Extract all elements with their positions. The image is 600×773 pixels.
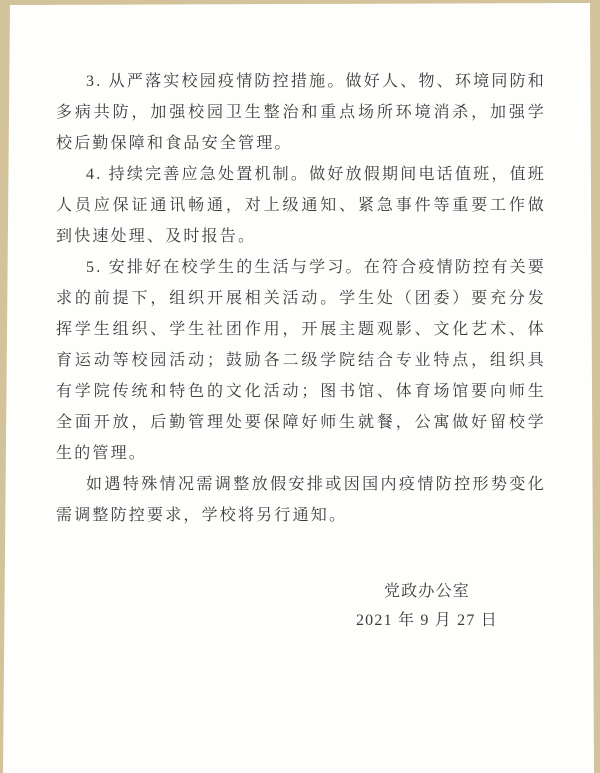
- document-page: 3. 从严落实校园疫情防控措施。做好人、物、环境同防和多病共防，加强校园卫生整治…: [0, 0, 600, 773]
- signature-office: 党政办公室: [356, 577, 498, 606]
- signature-block: 党政办公室 2021 年 9 月 27 日: [356, 577, 498, 635]
- paragraph-measure-5: 5. 安排好在校学生的生活与学习。在符合疫情防控有关要求的前提下，组织开展相关活…: [56, 252, 546, 469]
- paragraph-closing-note: 如遇特殊情况需调整放假安排或因国内疫情防控形势变化需调整防控要求，学校将另行通知…: [56, 469, 546, 531]
- document-body: 3. 从严落实校园疫情防控措施。做好人、物、环境同防和多病共防，加强校园卫生整治…: [0, 0, 600, 635]
- paragraph-measure-4: 4. 持续完善应急处置机制。做好放假期间电话值班，值班人员应保证通讯畅通，对上级…: [56, 159, 546, 252]
- paragraph-measure-3: 3. 从严落实校园疫情防控措施。做好人、物、环境同防和多病共防，加强校园卫生整治…: [56, 66, 546, 159]
- signature-date: 2021 年 9 月 27 日: [356, 606, 498, 635]
